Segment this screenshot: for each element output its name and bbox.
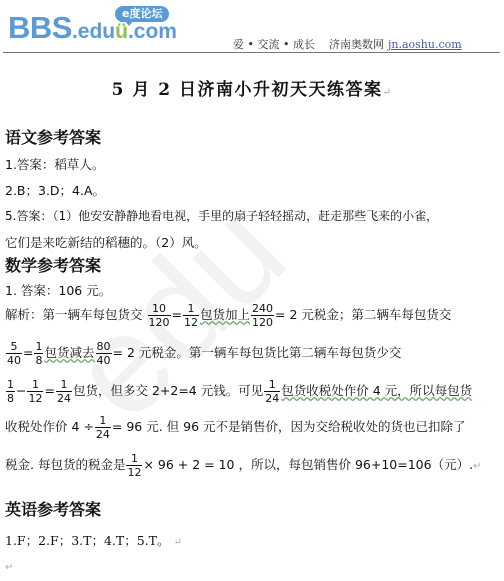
numerator: 1: [34, 340, 43, 354]
denominator: 12: [27, 392, 43, 405]
numerator: 1: [56, 378, 72, 392]
math-line-3: 18−112=124包货，但多交 2+2=4 元钱。可见124包货收税处作价 4…: [5, 378, 472, 405]
fraction: 124: [264, 378, 280, 405]
fraction: 8040: [96, 340, 112, 367]
equals: =: [44, 383, 54, 398]
text: 包货减去: [44, 345, 94, 360]
header-divider: [3, 52, 500, 53]
empty-paragraph: ↵: [5, 558, 13, 573]
paragraph-mark-icon: ↵: [473, 461, 481, 472]
numerator: 1: [126, 452, 142, 466]
heading-text: 数学参考答案: [5, 256, 101, 275]
chinese-line-3: 5.答案：（1）他安安静静地看电视，手里的扇子轻轻摇动，赶走那些飞来的小雀，: [5, 207, 438, 224]
text: 收税处作价 4 ÷: [5, 419, 94, 434]
denominator: 24: [95, 428, 111, 441]
site-name: 济南奥数网: [329, 38, 384, 51]
denominator: 12: [126, 466, 142, 479]
minus: −: [16, 383, 26, 398]
site-link[interactable]: jn.aoshu.com: [388, 38, 462, 51]
numerator: 1: [183, 302, 199, 316]
math-line-1: 解析：第一辆车每包货交 10120=112包货加上240120= 2 元税金；第…: [5, 302, 451, 329]
text: 1.F；2.F；3.T；4.T；5.T。: [5, 533, 170, 548]
slogan-text: 爱 • 交流 • 成长: [233, 38, 315, 51]
numerator: 10: [148, 302, 171, 316]
fraction: 112: [183, 302, 199, 329]
logo-com: .com: [128, 20, 177, 43]
math-heading: 数学参考答案: [5, 253, 101, 276]
logo-bubble: e度论坛: [115, 6, 169, 22]
text: 包货加上: [200, 307, 250, 322]
text: 包货收税处作价 4 元，所以每包货: [281, 383, 472, 398]
numerator: 1: [264, 378, 280, 392]
paragraph-mark-icon: ↵: [173, 537, 181, 548]
numerator: 1: [6, 378, 15, 392]
denominator: 24: [56, 392, 72, 405]
english-heading: 英语参考答案: [5, 497, 101, 520]
paragraph-mark-icon: ↵: [5, 562, 13, 573]
header-slogan: 爱 • 交流 • 成长济南奥数网jn.aoshu.com: [233, 36, 462, 52]
page-header: BBS.eduǘ.com e度论坛 爱 • 交流 • 成长济南奥数网jn.aos…: [0, 0, 504, 52]
denominator: 8: [34, 354, 43, 367]
text: = 96 元. 但 96 元不是销售价，因为交给税收处的货也已扣除了: [112, 419, 466, 434]
denominator: 24: [264, 392, 280, 405]
denominator: 40: [96, 354, 112, 367]
denominator: 8: [6, 392, 15, 405]
text: 解析：第一辆车每包货交: [5, 307, 143, 322]
denominator: 12: [183, 316, 199, 329]
numerator: 1: [27, 378, 43, 392]
fraction: 112: [126, 452, 142, 479]
chinese-line-1: 1.答案：稻草人。: [5, 155, 104, 173]
chinese-line-4: 它们是来吃新结的稻穗的。（2）风。: [5, 233, 207, 251]
fraction: 540: [6, 340, 22, 367]
numerator: 5: [6, 340, 22, 354]
fraction: 240120: [251, 302, 274, 329]
denominator: 40: [6, 354, 22, 367]
fraction: 18: [6, 378, 15, 405]
numerator: 80: [96, 340, 112, 354]
page-title: 5 月 2 日济南小升初天天练答案↵: [0, 75, 504, 100]
fraction: 124: [56, 378, 72, 405]
text: 包货，但多交 2+2=4 元钱。可见: [73, 383, 263, 398]
math-line-2: 540=18包货减去8040= 2 元税金。第一辆车每包货比第二辆车每包货少交: [5, 340, 401, 367]
chinese-heading: 语文参考答案: [5, 125, 101, 148]
logo-bbs: BBS: [8, 10, 72, 45]
title-text: 5 月 2 日济南小升初天天练答案: [112, 80, 383, 100]
equals: =: [172, 307, 182, 322]
heading-text: 英语参考答案: [5, 500, 101, 519]
math-answer: 1. 答案：106 元。: [5, 281, 111, 299]
denominator: 120: [251, 316, 274, 329]
text: = 2 元税金。第一辆车每包货比第二辆车每包货少交: [113, 345, 402, 360]
numerator: 240: [251, 302, 274, 316]
equals: =: [23, 345, 33, 360]
fraction: 18: [34, 340, 43, 367]
paragraph-mark-icon: ↵: [383, 87, 393, 98]
logo-edu: .edu: [72, 20, 115, 43]
english-line: 1.F；2.F；3.T；4.T；5.T。 ↵: [5, 531, 182, 549]
math-line-4: 收税处作价 4 ÷124= 96 元. 但 96 元不是销售价，因为交给税收处的…: [5, 414, 466, 441]
denominator: 120: [148, 316, 171, 329]
fraction: 124: [95, 414, 111, 441]
math-line-5: 税金. 每包货的税金是112× 96 + 2 = 10 ，所以，每包销售价 96…: [5, 452, 481, 479]
numerator: 1: [95, 414, 111, 428]
fraction: 112: [27, 378, 43, 405]
text: × 96 + 2 = 10 ，所以，每包销售价 96+10=106（元）.: [143, 457, 473, 472]
text: 税金. 每包货的税金是: [5, 457, 125, 472]
chinese-line-2: 2.B；3.D；4.A。: [5, 181, 105, 199]
heading-text: 语文参考答案: [5, 128, 101, 147]
fraction: 10120: [148, 302, 171, 329]
text: = 2 元税金；第二辆车每包货交: [275, 307, 451, 322]
